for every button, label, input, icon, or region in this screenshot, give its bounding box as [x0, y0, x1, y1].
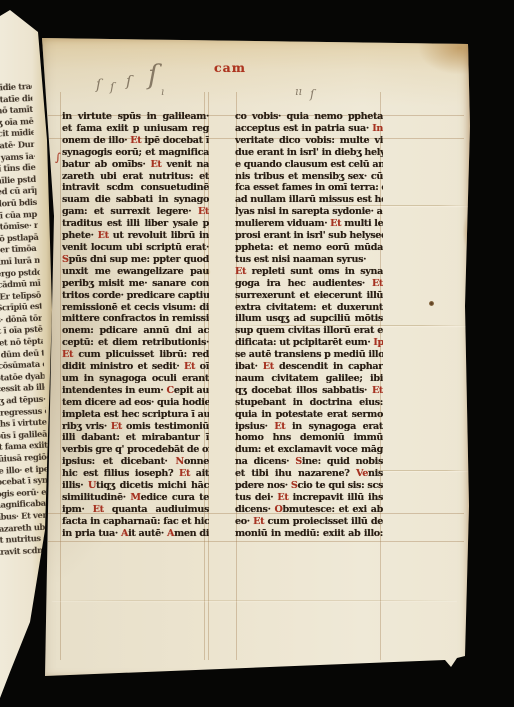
text-line: intravit scdm consuetudinē: [62, 182, 209, 194]
text-line: Spūs dni sup me: ppter quod: [62, 254, 209, 266]
text-line: ppheta: et nemo eorū mūda: [235, 242, 383, 254]
text-line: tritos corde· predicare captiuis: [62, 290, 209, 302]
ascender-flourish: ſ: [148, 62, 158, 89]
running-title: cam: [214, 60, 246, 75]
facing-text-line: ītravit scdm cō: [0, 544, 52, 558]
text-line: na dicens· Sine: quid nobis: [235, 456, 383, 468]
manuscript-page: cam in virtute spūs in galileam·et fama …: [40, 36, 470, 678]
text-column-left: in virtute spūs in galileam·et fama exii…: [62, 111, 209, 540]
wormhole-stain: [429, 301, 434, 306]
text-line: gam: et surrexit legere· Et: [62, 206, 209, 218]
text-line: Et repleti sunt oms in syna: [235, 266, 383, 278]
text-line: tus est nisi naaman syrus·: [235, 254, 383, 266]
ascender-flourish: ıı: [295, 86, 302, 97]
text-line: ipsius: et dicebant· Nonne: [62, 456, 209, 468]
text-line: quia in potestate erat sermo: [235, 409, 383, 421]
ruling-line-vertical: [60, 92, 61, 660]
text-line: ad nullam illarū missus est he: [235, 194, 383, 206]
text-line: intendentes in eum· Cepit au: [62, 385, 209, 397]
text-line: extra civitatem: et duxerunt: [235, 302, 383, 314]
text-line: homo hns demoniū immū: [235, 432, 383, 444]
text-line: in virtute spūs in galileam·: [62, 111, 209, 123]
ascender-flourish: ſ: [310, 88, 314, 100]
text-line: onem de illo· Et ipē docebat ī: [62, 135, 209, 147]
text-line: ceptū: et diem retributionis·: [62, 337, 209, 349]
ruling-line-horizontal: [48, 541, 464, 542]
ascender-flourish: ſ: [110, 81, 114, 93]
text-line: mittere confractos in remissi: [62, 313, 209, 325]
text-line: dum: et exclamavit voce māg: [235, 444, 383, 456]
text-line: ipm· Et quanta audiuimus: [62, 504, 209, 516]
ascender-flourish: ı: [161, 88, 164, 98]
text-line: tus dei· Et increpavit illū ihs: [235, 492, 383, 504]
text-line: ibat· Et descendit in caphar: [235, 361, 383, 373]
text-line: facta in capharnaū: fac et hic: [62, 516, 209, 528]
text-line: onem: pdicare annū dni ac: [62, 325, 209, 337]
text-line: venit locum ubi scriptū erat·: [62, 242, 209, 254]
text-line: unxit me ewangelizare pau: [62, 266, 209, 278]
text-line: didit ministro et sedit· Et oī: [62, 361, 209, 373]
text-line: batur ab omībs· Et venit na: [62, 159, 209, 171]
text-line: dicens· Obmutesce: et exi ab: [235, 504, 383, 516]
text-line: tem dicere ad eos· quia hodie: [62, 397, 209, 409]
text-line: synagogis eorū; et magnifica: [62, 147, 209, 159]
text-line: similitudinē· Medice cura te: [62, 492, 209, 504]
text-line: illum usqʒ ad supciliū mōtis: [235, 313, 383, 325]
text-line: ribʒ vris· Et omis testimoniū: [62, 421, 209, 433]
text-line: impleta est hec scriptura ī au: [62, 409, 209, 421]
ascender-flourish: ſ: [96, 78, 101, 92]
text-line: stupebant in doctrina eius:: [235, 397, 383, 409]
text-line: in pria tua· Ait autē· Amen di: [62, 528, 209, 540]
text-line: acceptus est in patria sua· In: [235, 123, 383, 135]
text-line: dificata: ut pcipitarēt eum· Ip: [235, 337, 383, 349]
text-line: mulierem viduam· Et multi le: [235, 218, 383, 230]
ascender-flourish: ſ: [126, 74, 132, 89]
text-line: traditus est illi liber ysaie p: [62, 218, 209, 230]
text-line: ipsius· Et in synagoga erat: [235, 421, 383, 433]
text-line: nis tribus et mensibʒ sex· cū: [235, 171, 383, 183]
text-line: hic est filius ioseph? Et ait: [62, 468, 209, 480]
text-line: et fama exiit p uniusam reg: [62, 123, 209, 135]
facing-page-text: ī inferīdie trader tēptatīe dieuchl nō t…: [0, 81, 52, 558]
text-line: Et cum plicuisset librū: red: [62, 349, 209, 361]
crease-line: [52, 600, 457, 601]
text-line: moniū in mediū: exiit ab illo:: [235, 528, 383, 540]
text-line: qʒ docebat illos sabbatis· Et: [235, 385, 383, 397]
text-line: co vobis· quia nemo ppheta: [235, 111, 383, 123]
text-line: pdere nos· Scio te qui sis: scs: [235, 480, 383, 492]
text-line: prosi erant in isrl' sub helyseo: [235, 230, 383, 242]
photo-background: ī inferīdie trader tēptatīe dieuchl nō t…: [0, 0, 514, 707]
text-line: phete· Et ut revoluit librū in: [62, 230, 209, 242]
text-column-right: co vobis· quia nemo pphetaacceptus est i…: [235, 111, 383, 540]
text-line: sup quem civitas illorū erat e: [235, 325, 383, 337]
text-line: et tibi ihu nazarene? Venis: [235, 468, 383, 480]
text-line: se autē transiens p mediū illorū: [235, 349, 383, 361]
text-line: surrexerunt et eiecerunt illū: [235, 290, 383, 302]
text-line: fca esset fames in omī terra: et: [235, 182, 383, 194]
text-line: eo· Et cum proiecisset illū de: [235, 516, 383, 528]
text-line: due erant in isrl' in diebʒ hely: [235, 147, 383, 159]
text-line: zareth ubi erat nutritus: et: [62, 171, 209, 183]
text-line: e quando clausum est celū an: [235, 159, 383, 171]
text-line: peribʒ misit me· sanare con: [62, 278, 209, 290]
text-line: verbis gre q' procedebāt de ore: [62, 444, 209, 456]
text-line: remissionē et cecis visum: di: [62, 302, 209, 314]
text-line: lyas nisi in sarepta sydonie· ad: [235, 206, 383, 218]
text-line: illi dabant: et mirabantur ī: [62, 432, 209, 444]
text-line: um in synagoga oculi erant: [62, 373, 209, 385]
text-line: naum civitatem galilee; ibi: [235, 373, 383, 385]
text-line: goga ira hec audientes· Et: [235, 278, 383, 290]
text-line: suam die sabbati in synago: [62, 194, 209, 206]
text-line: veritate dico vobis: multe vi: [235, 135, 383, 147]
text-line: illis· Utiqʒ dicetis michi hāc: [62, 480, 209, 492]
